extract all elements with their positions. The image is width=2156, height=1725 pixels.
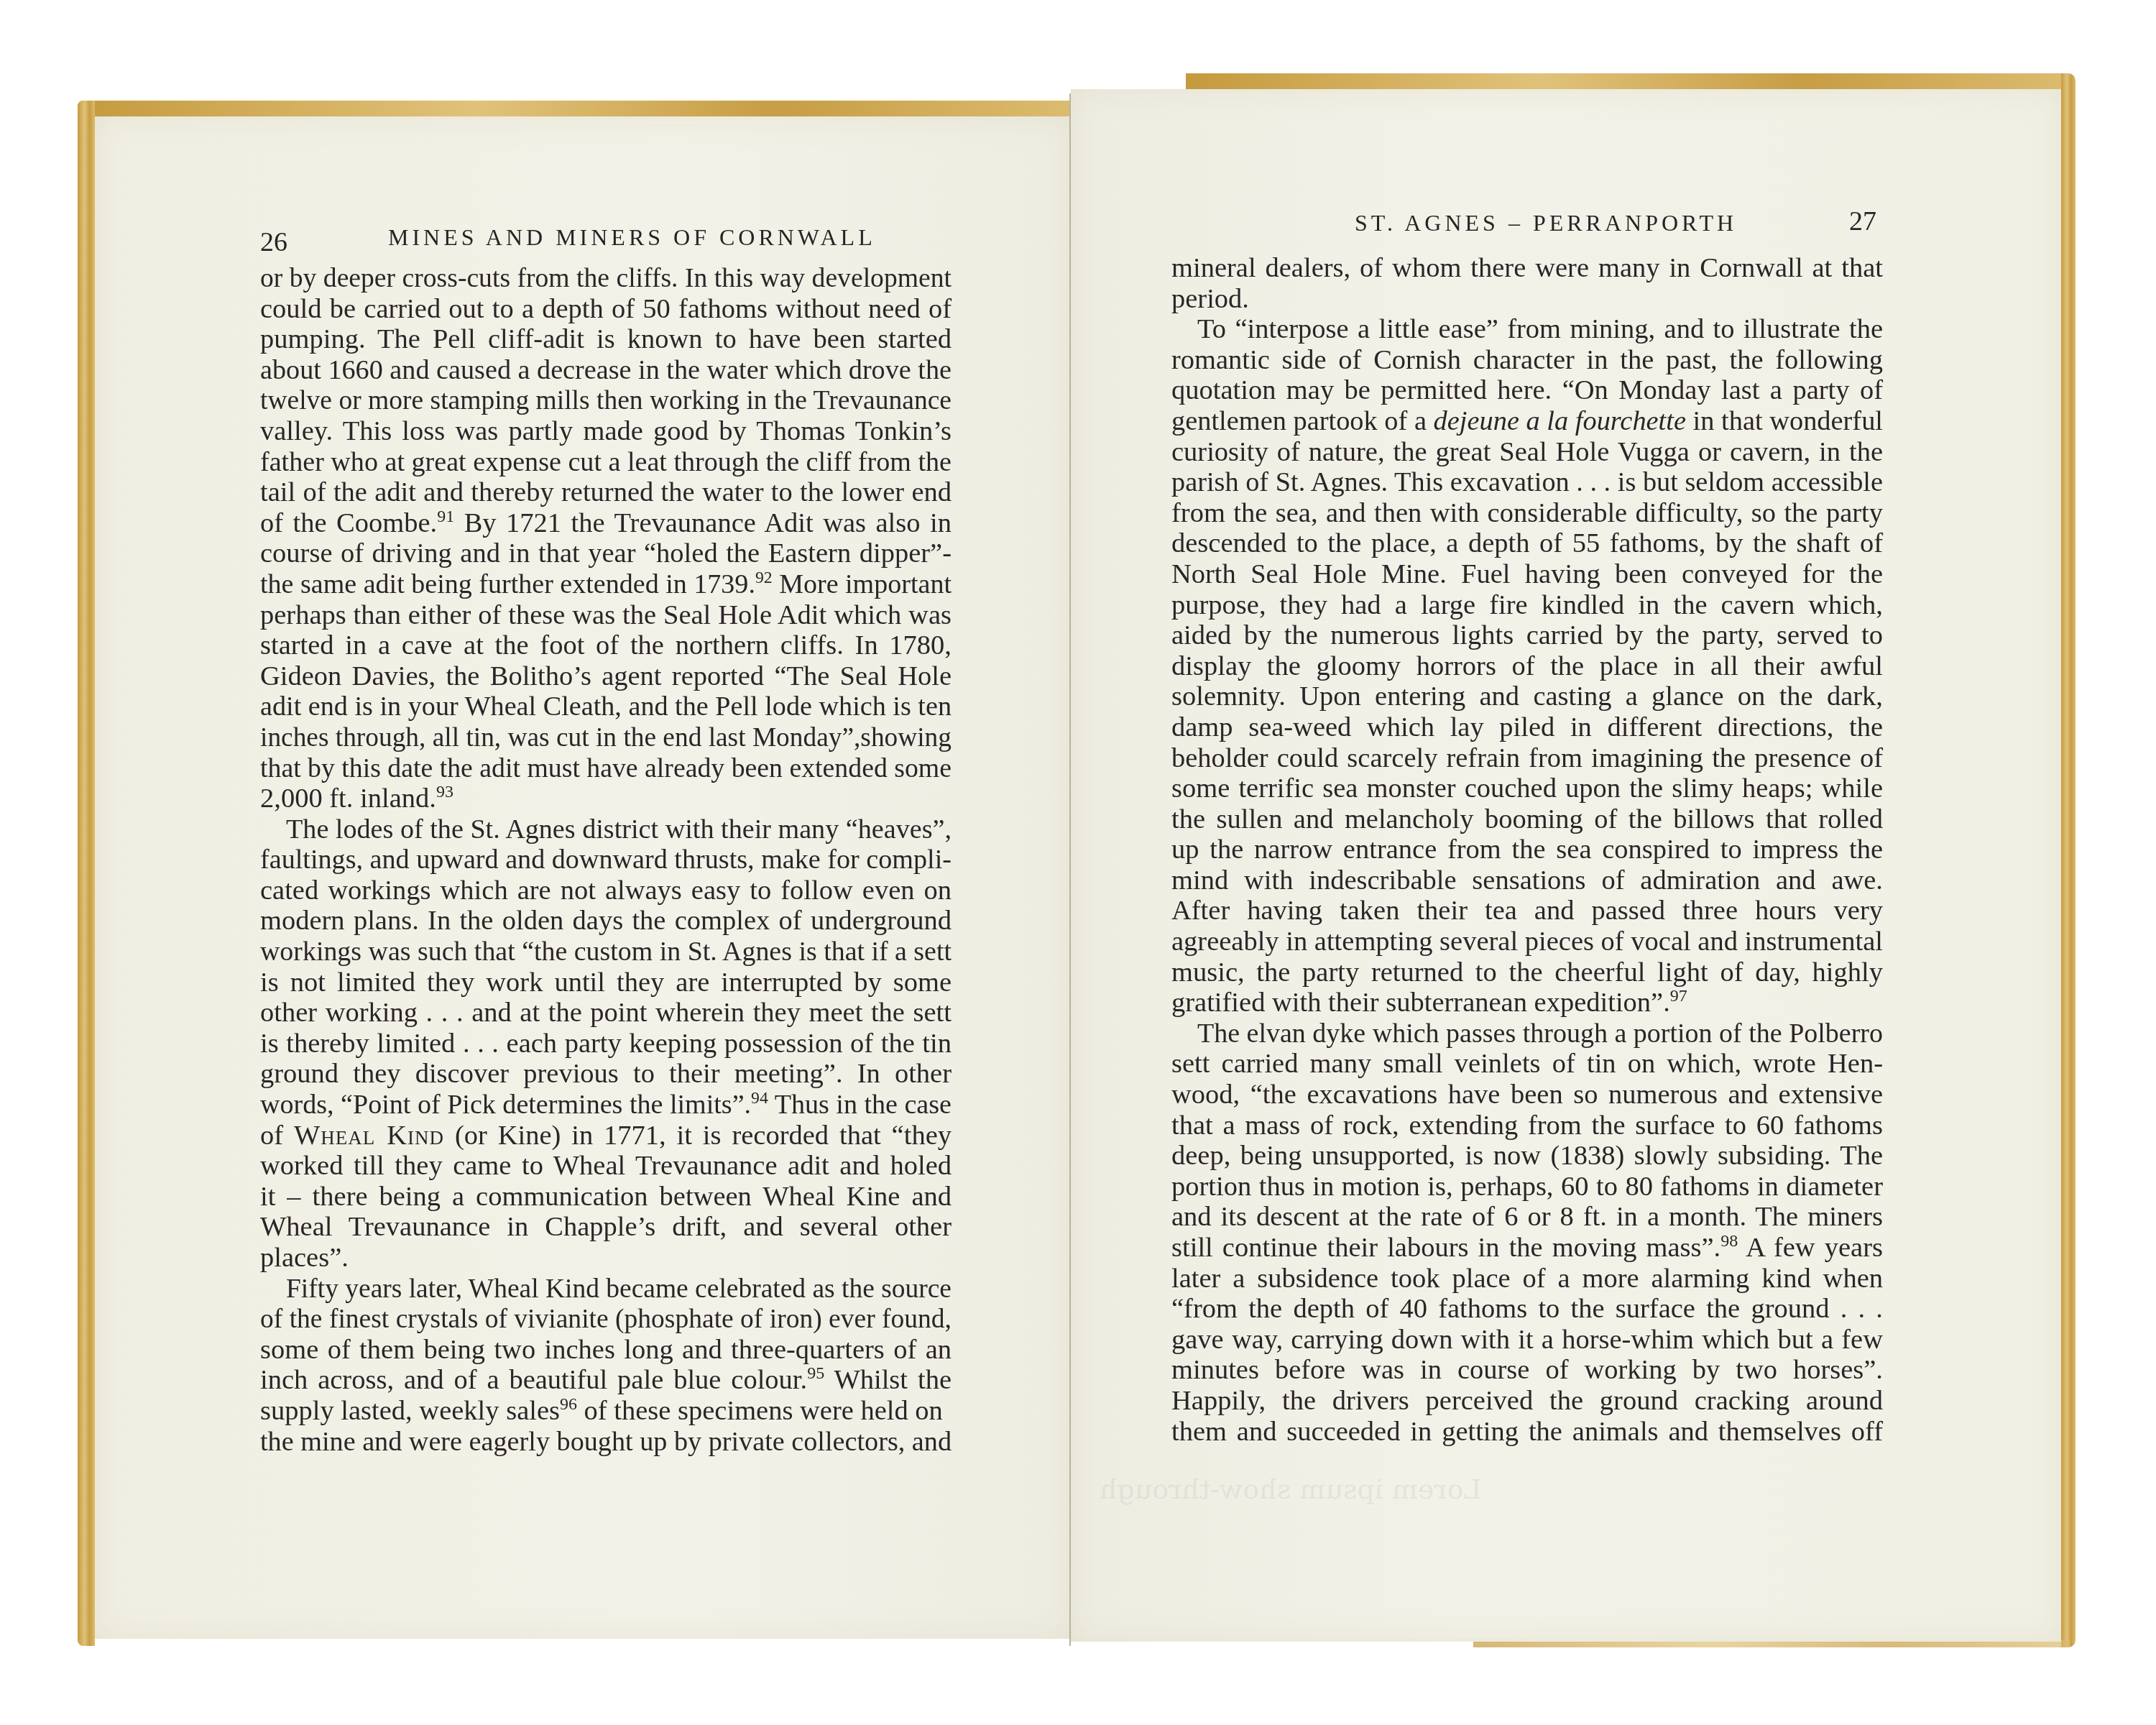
book-gutter [1069, 93, 1071, 1646]
text-line-run: workings was such that “the custom in St… [260, 937, 952, 967]
footnote-reference: 98 [1720, 1232, 1738, 1251]
text-line-run: other working . . . and at the point whe… [260, 998, 952, 1028]
right-page-gilt-side-edge [2061, 73, 2076, 1647]
small-caps-mine-name: Wheal Kind [294, 1121, 444, 1151]
text-line-run: twelve or more stamping mills then worki… [260, 385, 952, 415]
text-line: father who at great expense cut a leat t… [260, 447, 952, 478]
text-line: that a mass of rock, extending from the … [1171, 1110, 1883, 1141]
left-page-gilt-side-edge [78, 101, 95, 1646]
text-line-run: is thereby limited . . . each party keep… [260, 1029, 952, 1059]
text-line: adit end is in your Wheal Cleath, and th… [260, 691, 952, 722]
text-line-run: By 1721 the Trevaunance Adit was also in [454, 508, 952, 538]
text-line-run: pumping. The Pell cliff-adit is known to… [260, 324, 952, 354]
running-head-left: MINES AND MINERS OF CORNWALL [388, 224, 876, 251]
text-line: inches through, all tin, was cut in the … [260, 722, 952, 753]
open-book: Lorem ipsum show-through 26 MINES AND MI… [0, 0, 2156, 1725]
text-line-run: father who at great expense cut a leat t… [260, 447, 952, 477]
text-line-run: is not limited they work until they are … [260, 967, 952, 998]
text-line-run: of the finest crystals of vivianite (pho… [260, 1304, 952, 1334]
text-line-run: supply lasted, weekly sales [260, 1396, 560, 1426]
text-line: agreeably in attempting several pieces o… [1171, 926, 1883, 957]
text-line-run: or by deeper cross-cuts from the cliffs.… [260, 263, 952, 293]
text-line-run: (or Kine) in 1771, it is recorded that “… [444, 1121, 952, 1151]
text-line-run: minutes before was in course of working … [1171, 1355, 1883, 1385]
text-line-run: After having taken their tea and passed … [1171, 896, 1883, 926]
text-line-run: Wheal Trevaunance in Chapple’s drift, an… [260, 1212, 952, 1242]
text-line-run: valley. This loss was partly made good b… [260, 416, 952, 446]
text-line: gentlemen partook of a dejeune a la four… [1171, 406, 1883, 437]
text-line-run: the mine and were eagerly bought up by p… [260, 1427, 952, 1457]
text-line-run: quotation may be permitted here. “On Mon… [1171, 375, 1883, 405]
text-line: curiosity of nature, the great Seal Hole… [1171, 437, 1883, 468]
text-line: from the sea, and then with considerable… [1171, 498, 1883, 529]
text-line: that by this date the adit must have alr… [260, 753, 952, 784]
italic-phrase: dejeune a la fourchette [1434, 406, 1686, 436]
text-line: faultings, and upward and downward thrus… [260, 845, 952, 875]
text-line: Fifty years later, Wheal Kind became cel… [260, 1274, 952, 1305]
text-line-run: descended to the place, a depth of 55 fa… [1171, 528, 1883, 558]
text-line-run: The lodes of the St. Agnes district with… [286, 814, 952, 845]
text-line: is thereby limited . . . each party keep… [260, 1029, 952, 1059]
text-line: beholder could scarcely refrain from ima… [1171, 743, 1883, 774]
text-line: gratified with their subterranean expedi… [1171, 988, 1883, 1018]
text-line: later a subsidence took place of a more … [1171, 1264, 1883, 1294]
text-line-run: The elvan dyke which passes through a po… [1197, 1018, 1883, 1049]
text-line: the mine and were eagerly bought up by p… [260, 1427, 952, 1458]
page-number-right: 27 [1849, 206, 1876, 237]
text-line: mineral dealers, of whom there were many… [1171, 253, 1883, 284]
text-line: of Wheal Kind (or Kine) in 1771, it is r… [260, 1121, 952, 1151]
text-line: display the gloomy horrors of the place … [1171, 651, 1883, 682]
text-line-run: sett carried many small veinlets of tin … [1171, 1049, 1883, 1079]
text-line-run: romantic side of Cornish character in th… [1171, 345, 1883, 375]
text-line: of the Coombe.91 By 1721 the Trevaunance… [260, 508, 952, 539]
right-page-body-text: mineral dealers, of whom there were many… [1171, 253, 1883, 1447]
text-line-run: mind with indescribable sensations of ad… [1171, 865, 1883, 896]
text-line-run: North Seal Hole Mine. Fuel having been c… [1171, 559, 1883, 589]
text-line-run: the same adit being further extended in … [260, 569, 755, 599]
text-line-run: some of them being two inches long and t… [260, 1335, 952, 1365]
text-line: “from the depth of 40 fathoms to the sur… [1171, 1294, 1883, 1325]
text-line-run: tail of the adit and thereby returned th… [260, 477, 952, 507]
text-line-run: ground they discover previous to their m… [260, 1059, 952, 1089]
text-line-run: and its descent at the rate of 6 or 8 ft… [1171, 1202, 1883, 1232]
text-line: tail of the adit and thereby returned th… [260, 477, 952, 508]
text-line-run: music, the party returned to the cheerfu… [1171, 957, 1883, 988]
text-line-run: 2,000 ft. inland. [260, 783, 436, 814]
text-line: 2,000 ft. inland.93 [260, 783, 952, 814]
text-line-run: mineral dealers, of whom there were many… [1171, 253, 1883, 283]
footnote-reference: 94 [751, 1089, 768, 1108]
text-line: course of driving and in that year “hole… [260, 538, 952, 569]
text-line-run: deep, being unsupported, is now (1838) s… [1171, 1141, 1883, 1171]
text-line-run: gave way, carrying down with it a horse-… [1171, 1325, 1883, 1355]
text-line: wood, “the excavations have been so nume… [1171, 1080, 1883, 1110]
text-line: Gideon Davies, the Bolitho’s agent repor… [260, 661, 952, 692]
text-line-run: words, “Point of Pick determines the lim… [260, 1090, 751, 1120]
text-line-run: portion thus in motion is, perhaps, 60 t… [1171, 1172, 1883, 1202]
text-line-run: of the Coombe. [260, 508, 437, 538]
text-line-run: purpose, they had a large fire kindled i… [1171, 590, 1883, 620]
text-line: worked till they came to Wheal Trevaunan… [260, 1151, 952, 1182]
text-line-run: that a mass of rock, extending from the … [1171, 1110, 1883, 1141]
text-line: To “interpose a little ease” from mining… [1171, 314, 1883, 345]
text-line-run: damp sea-weed which lay piled in differe… [1171, 712, 1883, 742]
text-line: solemnity. Upon entering and casting a g… [1171, 681, 1883, 712]
text-line: perhaps than either of these was the Sea… [260, 600, 952, 631]
text-line: could be carried out to a depth of 50 fa… [260, 294, 952, 325]
text-line-run: course of driving and in that year “hole… [260, 538, 952, 569]
footnote-reference: 97 [1670, 987, 1687, 1006]
running-head-right: ST. AGNES – PERRANPORTH [1355, 210, 1737, 236]
text-line-run: parish of St. Agnes. This excavation . .… [1171, 467, 1883, 497]
text-line: The lodes of the St. Agnes district with… [260, 814, 952, 845]
text-line-run: about 1660 and caused a decrease in the … [260, 355, 952, 385]
text-line-run: Whilst the [824, 1365, 952, 1395]
text-line: other working . . . and at the point whe… [260, 998, 952, 1029]
text-line-run: “from the depth of 40 fathoms to the sur… [1171, 1294, 1883, 1324]
text-line: workings was such that “the custom in St… [260, 937, 952, 967]
text-line: cated workings which are not always easy… [260, 875, 952, 906]
text-line-run: period. [1171, 284, 1249, 314]
footnote-reference: 95 [807, 1364, 824, 1383]
text-line: is not limited they work until they are … [260, 967, 952, 998]
text-line-run: A few years [1738, 1233, 1883, 1263]
text-line: deep, being unsupported, is now (1838) s… [1171, 1141, 1883, 1172]
show-through-text: Lorem ipsum show-through [1100, 1473, 1482, 1505]
text-line-run: inch across, and of a beautiful pale blu… [260, 1365, 807, 1395]
text-line: damp sea-weed which lay piled in differe… [1171, 712, 1883, 743]
text-line-run: Happily, the drivers perceived the groun… [1171, 1386, 1883, 1416]
text-line: romantic side of Cornish character in th… [1171, 345, 1883, 376]
page-number-left: 26 [260, 226, 287, 258]
text-line: up the narrow entrance from the sea cons… [1171, 834, 1883, 865]
text-line: it – there being a communication between… [260, 1182, 952, 1213]
text-line: places”. [260, 1243, 952, 1274]
text-line: twelve or more stamping mills then worki… [260, 385, 952, 416]
text-line: sett carried many small veinlets of tin … [1171, 1049, 1883, 1080]
text-line: portion thus in motion is, perhaps, 60 t… [1171, 1172, 1883, 1202]
text-line-run: inches through, all tin, was cut in the … [260, 722, 952, 753]
text-line-run: gratified with their subterranean expedi… [1171, 988, 1670, 1018]
text-line: music, the party returned to the cheerfu… [1171, 957, 1883, 988]
text-line-run: up the narrow entrance from the sea cons… [1171, 834, 1883, 865]
left-page-gilt-top-edge [78, 101, 1077, 116]
footnote-reference: 92 [755, 569, 773, 587]
left-page-body-text: or by deeper cross-cuts from the cliffs.… [260, 263, 952, 1457]
text-line: modern plans. In the olden days the comp… [260, 906, 952, 937]
text-line-run: Thus in the case [768, 1090, 952, 1120]
text-line-run: Gideon Davies, the Bolitho’s agent repor… [260, 661, 952, 691]
text-line: valley. This loss was partly made good b… [260, 416, 952, 447]
text-line-run: them and succeeded in getting the animal… [1171, 1417, 1883, 1447]
text-line-run: it – there being a communication between… [260, 1182, 952, 1212]
text-line-run: wood, “the excavations have been so nume… [1171, 1080, 1883, 1110]
text-line-run: To “interpose a little ease” from mining… [1197, 314, 1883, 344]
text-line: descended to the place, a depth of 55 fa… [1171, 528, 1883, 559]
text-line: The elvan dyke which passes through a po… [1171, 1018, 1883, 1049]
text-line: quotation may be permitted here. “On Mon… [1171, 375, 1883, 406]
footnote-reference: 96 [560, 1395, 577, 1414]
text-line: still continue their labours in the movi… [1171, 1233, 1883, 1264]
text-line-run: of these specimens were held on [577, 1396, 943, 1426]
text-line-run: could be carried out to a depth of 50 fa… [260, 294, 952, 324]
text-line-run: some terrific sea monster couched upon t… [1171, 773, 1883, 804]
text-line: After having taken their tea and passed … [1171, 896, 1883, 926]
text-line-run: More important [773, 569, 952, 599]
text-line: the sullen and melancholy booming of the… [1171, 804, 1883, 835]
text-line-run: places”. [260, 1243, 349, 1273]
text-line-run: faultings, and upward and downward thrus… [260, 845, 952, 875]
text-line: parish of St. Agnes. This excavation . .… [1171, 467, 1883, 498]
text-line-run: modern plans. In the olden days the comp… [260, 906, 952, 936]
text-line: pumping. The Pell cliff-adit is known to… [260, 324, 952, 355]
text-line: supply lasted, weekly sales96 of these s… [260, 1396, 952, 1427]
right-page-gilt-top-edge [1186, 73, 2071, 89]
text-line-run: beholder could scarcely refrain from ima… [1171, 743, 1883, 773]
text-line: Wheal Trevaunance in Chapple’s drift, an… [260, 1212, 952, 1243]
text-line-run: display the gloomy horrors of the place … [1171, 651, 1883, 681]
text-line-run: perhaps than either of these was the Sea… [260, 600, 952, 630]
text-line-run: the sullen and melancholy booming of the… [1171, 804, 1883, 834]
text-line-run: later a subsidence took place of a more … [1171, 1264, 1883, 1294]
text-line: Happily, the drivers perceived the groun… [1171, 1386, 1883, 1417]
text-line: North Seal Hole Mine. Fuel having been c… [1171, 559, 1883, 590]
text-line: of the finest crystals of vivianite (pho… [260, 1304, 952, 1335]
text-line-run: in that wonderful [1686, 406, 1883, 436]
text-line: gave way, carrying down with it a horse-… [1171, 1325, 1883, 1356]
text-line: mind with indescribable sensations of ad… [1171, 865, 1883, 896]
text-line: started in a cave at the foot of the nor… [260, 630, 952, 661]
text-line: and its descent at the rate of 6 or 8 ft… [1171, 1202, 1883, 1233]
text-line: inch across, and of a beautiful pale blu… [260, 1365, 952, 1396]
text-line: some terrific sea monster couched upon t… [1171, 773, 1883, 804]
text-line: about 1660 and caused a decrease in the … [260, 355, 952, 386]
footnote-reference: 93 [436, 783, 453, 801]
text-line-run: cated workings which are not always easy… [260, 875, 952, 906]
text-line: some of them being two inches long and t… [260, 1335, 952, 1366]
text-line-run: agreeably in attempting several pieces o… [1171, 926, 1883, 957]
text-line: minutes before was in course of working … [1171, 1355, 1883, 1386]
footnote-reference: 91 [437, 507, 454, 526]
text-line: ground they discover previous to their m… [260, 1059, 952, 1090]
text-line-run: from the sea, and then with considerable… [1171, 498, 1883, 528]
text-line-run: solemnity. Upon entering and casting a g… [1171, 681, 1883, 712]
text-line-run: curiosity of nature, the great Seal Hole… [1171, 437, 1883, 467]
text-line: aided by the numerous lights carried by … [1171, 620, 1883, 651]
text-line-run: worked till they came to Wheal Trevaunan… [260, 1151, 952, 1181]
text-line-run: that by this date the adit must have alr… [260, 753, 952, 783]
text-line: or by deeper cross-cuts from the cliffs.… [260, 263, 952, 294]
text-line-run: gentlemen partook of a [1171, 406, 1434, 436]
text-line-run: Fifty years later, Wheal Kind became cel… [286, 1274, 952, 1304]
text-line-run: adit end is in your Wheal Cleath, and th… [260, 691, 952, 722]
text-line: purpose, they had a large fire kindled i… [1171, 590, 1883, 621]
text-line: period. [1171, 284, 1883, 315]
text-line: words, “Point of Pick determines the lim… [260, 1090, 952, 1121]
text-line-run: of [260, 1121, 294, 1151]
text-line: them and succeeded in getting the animal… [1171, 1417, 1883, 1448]
text-line: the same adit being further extended in … [260, 569, 952, 600]
text-line-run: aided by the numerous lights carried by … [1171, 620, 1883, 650]
text-line-run: still continue their labours in the movi… [1171, 1233, 1720, 1263]
text-line-run: started in a cave at the foot of the nor… [260, 630, 952, 661]
